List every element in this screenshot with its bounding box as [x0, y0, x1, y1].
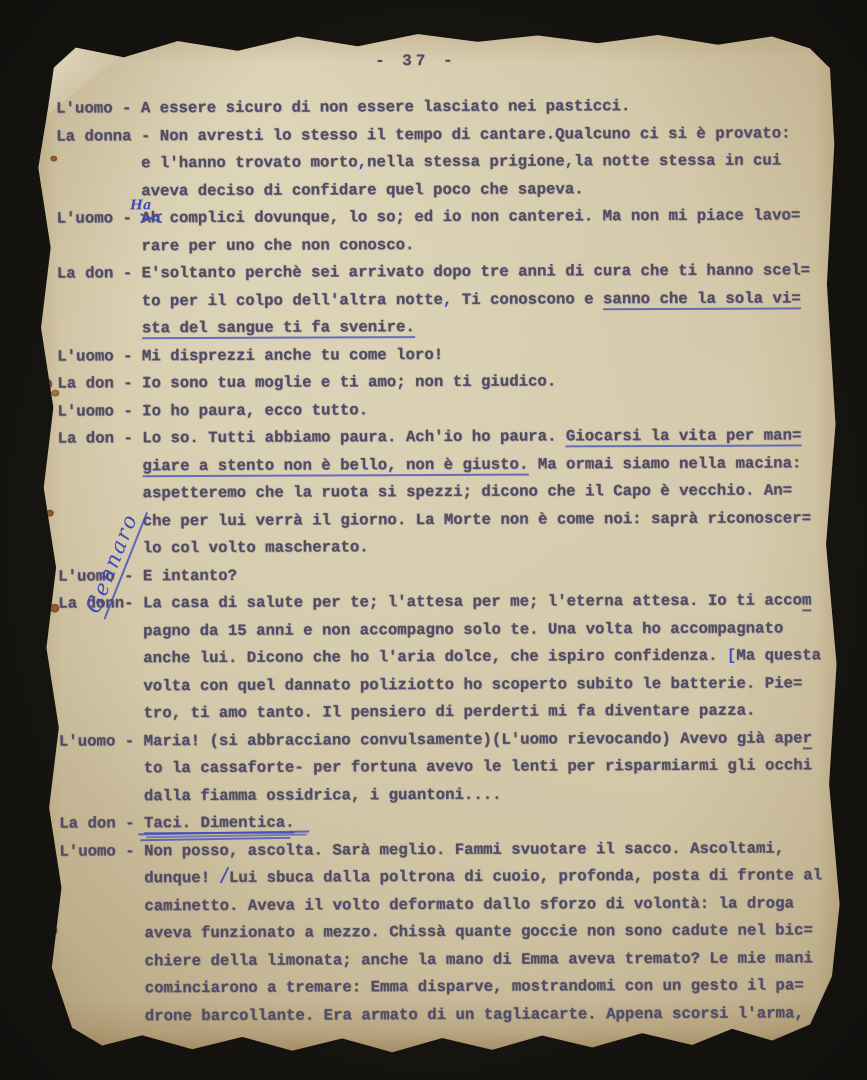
typed-line: aspetteremo che la ruota si spezzi; dico… — [58, 477, 842, 508]
ink-annotation-blue: , — [358, 153, 368, 171]
typed-text: complici dovunque, lo so; ed io non cant… — [160, 206, 800, 227]
typed-text: e l'hanno trovato morto — [56, 153, 357, 172]
typed-line: L'uomo - AhHa complici dovunque, lo so; … — [57, 202, 841, 233]
ink-annotation-hw: Ha — [130, 192, 152, 220]
typed-line: rare per uno che non conosco. — [57, 230, 841, 261]
typed-text: to per il colpo dell'altra notte — [57, 290, 443, 310]
typed-line: L'uomo - Non posso, ascolta. Sarà meglio… — [59, 835, 843, 866]
typed-text: pagno da 15 anni e non accompagno solo t… — [58, 619, 783, 640]
typed-text: L'uomo - Maria! (si abbracciano convulsa… — [59, 729, 803, 750]
typed-text: L'uomo - — [57, 209, 142, 227]
typed-text: aspetteremo che la ruota si spezzi; dico… — [58, 481, 792, 502]
typed-line: dalla fiamma ossidrica, i guantoni.... — [59, 780, 843, 811]
ink-annotation-blue: , — [565, 152, 575, 170]
typed-text: dunque! — [59, 869, 219, 888]
paper-stain — [38, 962, 47, 970]
ink-annotation-uheavy: Taci. Dimentica. — [144, 814, 295, 835]
paper-stain — [39, 252, 50, 261]
typed-line: e l'hanno trovato morto,nella stessa pri… — [56, 147, 840, 178]
typed-text: Ma questa — [736, 646, 821, 664]
ink-annotation-bracket: [ — [727, 647, 737, 665]
typed-line: La donn- La casa di salute per te; l'att… — [58, 587, 842, 618]
typed-text — [57, 319, 142, 337]
typed-text: tro, ti amo tanto. Il pensiero di perder… — [59, 702, 756, 723]
typed-line: L'uomo - Maria! (si abbracciano convulsa… — [59, 725, 843, 756]
typed-text: cominciarono a tremare: Emma disparve, m… — [60, 976, 804, 997]
page-number: - 37 - — [10, 24, 822, 72]
typed-line: to per il colpo dell'altra notte, Ti con… — [57, 285, 841, 316]
typed-line: pagno da 15 anni e non accompagno solo t… — [58, 615, 842, 646]
ink-annotation-ublue: Giocarsi la vita per man= — [566, 426, 801, 447]
typed-line: caminetto. Aveva il volto deformato dall… — [60, 890, 844, 921]
typed-text: La don - Lo so. Tutti abbiamo paura. Ach… — [58, 427, 566, 447]
typed-text: La don - Io sono tua moglie e ti amo; no… — [57, 372, 556, 392]
typed-line: La don - Io sono tua moglie e ti amo; no… — [57, 367, 841, 398]
typed-line: tro, ti amo tanto. Il pensiero di perder… — [59, 697, 843, 728]
typed-line: L'uomo - E intanto? — [58, 560, 842, 591]
typed-text: La donn- La casa di salute per te; l'att… — [58, 591, 802, 612]
typed-text: nella stessa prigione — [367, 152, 565, 171]
ink-annotation-udark: m — [802, 591, 812, 611]
typed-text: Lui sbuca dalla poltrona di cuoio, profo… — [229, 866, 822, 887]
paper-stain — [50, 980, 57, 986]
typed-text: La don - E'soltanto perchè sei arrivato … — [57, 261, 810, 282]
typed-text: Ti conoscono e — [452, 290, 603, 309]
typed-line: La donna - Non avresti lo stesso il temp… — [56, 120, 840, 151]
typed-text: Ma ormai siamo nella macina: — [528, 454, 801, 473]
typed-line: giare a stento non è bello, non è giusto… — [58, 450, 842, 481]
typed-text: La don - — [59, 814, 144, 832]
typed-text: caminetto. Aveva il volto deformato dall… — [60, 894, 794, 915]
typed-line: che per lui verrà il giorno. La Morte no… — [58, 505, 842, 536]
typed-text: rare per uno che non conosco. — [57, 236, 415, 256]
typed-line: sta del sangue ti fa svenire. — [57, 312, 841, 343]
typed-text: che per lui verrà il giorno. La Morte no… — [58, 509, 811, 530]
typed-text: volta con quel dannato poliziotto ho sco… — [59, 674, 803, 695]
typed-line: chiere della limonata; anche la mano di … — [60, 945, 844, 976]
ink-annotation-udark: r — [803, 729, 813, 749]
typed-line: aveva deciso di confidare quel poco che … — [56, 175, 840, 206]
typed-text: L'uomo - Io ho paura, ecco tutto. — [57, 401, 368, 420]
typed-text: L'uomo - Mi disprezzi anche tu come loro… — [57, 345, 443, 365]
typed-line: La don - Taci. Dimentica. — [59, 807, 843, 838]
scan-background: - 37 - L'uomo - A essere sicuro di non e… — [0, 0, 867, 1080]
typed-line: La don - E'soltanto perchè sei arrivato … — [57, 257, 841, 288]
typed-line: dunque! /Lui sbuca dalla poltrona di cuo… — [59, 862, 843, 893]
typed-text: chiere della limonata; anche la mano di … — [60, 949, 813, 970]
typed-text: La donna - Non avresti lo stesso il temp… — [56, 124, 790, 145]
ink-annotation-ublue: sta del sangue ti fa svenire. — [142, 318, 415, 339]
typed-line: L'uomo - Io ho paura, ecco tutto. — [57, 395, 841, 426]
typed-text: L'uomo - E intanto? — [58, 566, 237, 585]
typed-line: aveva funzionato a mezzo. Chissà quante … — [60, 917, 844, 948]
typed-text: to la cassaforte- per fortuna avevo le l… — [59, 756, 812, 777]
typed-line: L'uomo - A essere sicuro di non essere l… — [56, 92, 840, 123]
typed-line: La don - Lo so. Tutti abbiamo paura. Ach… — [57, 422, 841, 453]
typed-line: to la cassaforte- per fortuna avevo le l… — [59, 752, 843, 783]
typed-line: anche lui. Dicono che ho l'aria dolce, c… — [58, 642, 842, 673]
ink-annotation-ublue: sanno che la sola vi= — [603, 289, 801, 310]
manuscript-page: - 37 - L'uomo - A essere sicuro di non e… — [28, 24, 844, 1060]
typed-text — [58, 457, 143, 475]
typed-text: L'uomo - A essere sicuro di non essere l… — [56, 97, 630, 118]
typed-line: cominciarono a tremare: Emma disparve, m… — [60, 972, 844, 1003]
typed-text: dalla fiamma ossidrica, i guantoni.... — [59, 785, 502, 805]
typed-line: lo col volto mascherato. — [58, 532, 842, 563]
typed-text: anche lui. Dicono che ho l'aria dolce, c… — [58, 647, 726, 668]
typed-line: drone barcollante. Era armato di un tagl… — [60, 1000, 844, 1031]
typed-text: drone barcollante. Era armato di un tagl… — [60, 1004, 804, 1025]
ink-annotation-ublue: giare a stento non è bello, non è giusto… — [142, 455, 528, 477]
typed-text: aveva funzionato a mezzo. Chissà quante … — [60, 921, 813, 942]
typewritten-text: L'uomo - A essere sicuro di non essere l… — [28, 92, 844, 1031]
typed-line: L'uomo - Mi disprezzi anche tu come loro… — [57, 340, 841, 371]
typed-text: L'uomo - Non posso, ascolta. Sarà meglio… — [59, 839, 784, 860]
typed-text: la notte stessa in cui — [574, 151, 781, 170]
typed-line: volta con quel dannato poliziotto ho sco… — [59, 670, 843, 701]
